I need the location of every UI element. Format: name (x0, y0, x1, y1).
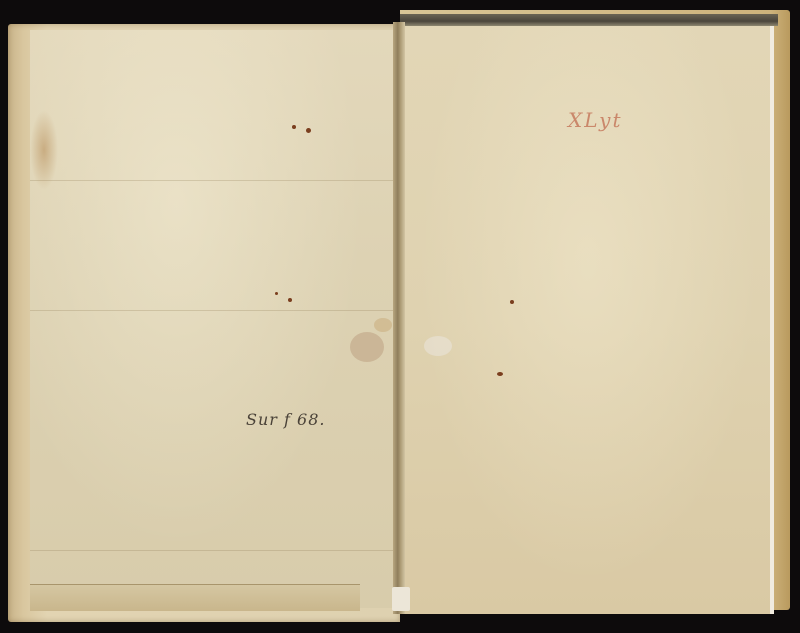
paper-tab (392, 587, 410, 611)
foxing-spot (292, 125, 296, 129)
handwritten-note-left: Sur f 68. (246, 410, 325, 429)
edge-stain (30, 110, 58, 190)
handwritten-note-right: XLyt (568, 108, 623, 132)
book-photo: Sur f 68. XLyt (0, 0, 800, 633)
foxing-spot (510, 300, 514, 304)
page-crease (30, 180, 396, 181)
book-spine-gutter (393, 22, 405, 614)
water-stain (374, 318, 392, 332)
page-fore-edge (770, 26, 774, 614)
foxing-spot (306, 128, 311, 133)
cover-turn-in (30, 584, 360, 611)
left-pastedown-page (30, 30, 396, 608)
page-crease (30, 310, 396, 311)
foxing-spot (288, 298, 292, 302)
water-stain (350, 332, 384, 362)
page-crease (30, 550, 396, 551)
foxing-spot (497, 372, 503, 376)
page-block-top-edge (400, 14, 778, 26)
foxing-spot (275, 292, 278, 295)
water-stain (424, 336, 452, 356)
